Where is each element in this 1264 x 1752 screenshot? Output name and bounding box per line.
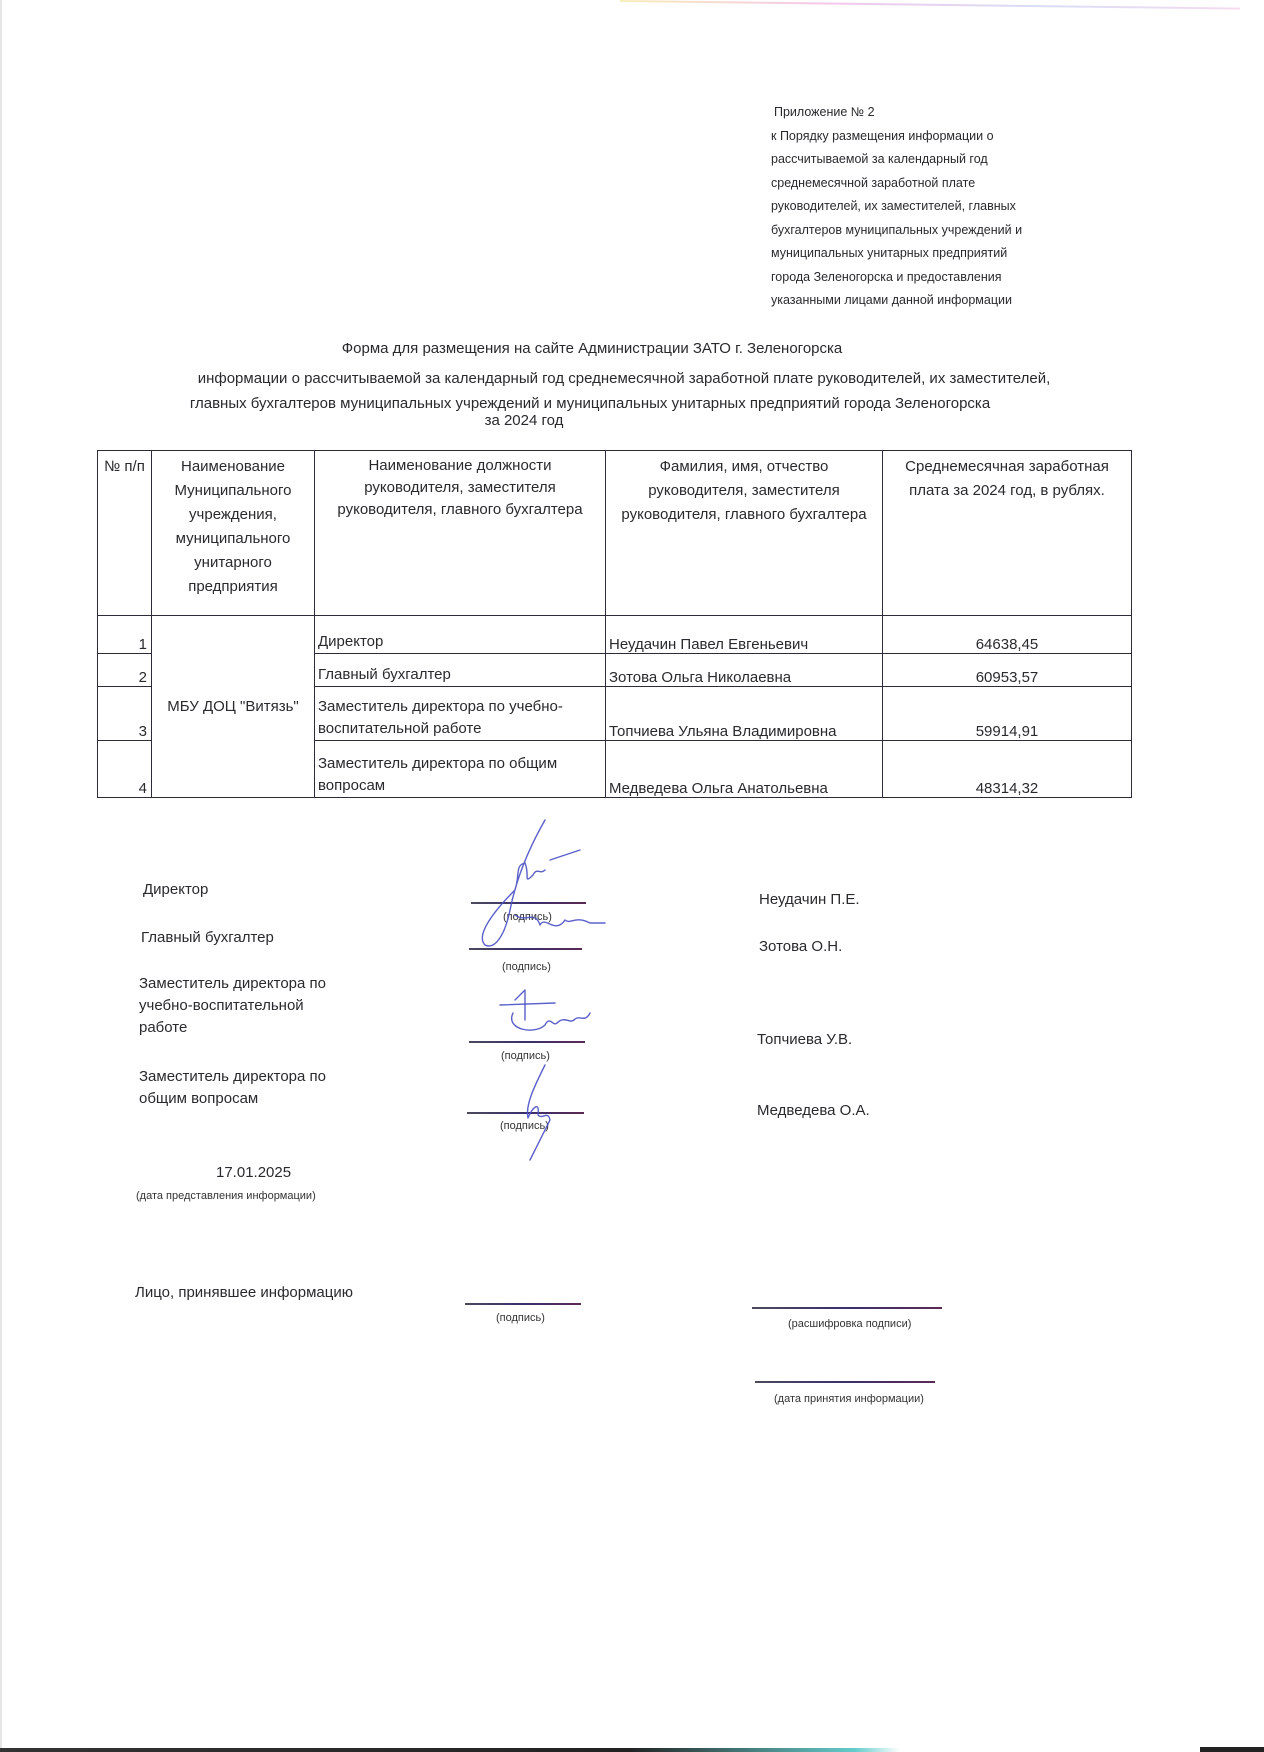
appendix-line: среднемесячной заработной плате (771, 172, 1022, 196)
appendix-line: муниципальных унитарных предприятий (771, 242, 1022, 266)
signature-caption: (подпись) (502, 961, 551, 973)
appendix-line: к Порядку размещения информации о (771, 125, 1022, 149)
row-num: 2 (98, 654, 152, 687)
row-salary: 48314,32 (883, 741, 1132, 798)
row-num: 4 (98, 741, 152, 798)
label-line: учебно-воспитательной (139, 995, 326, 1017)
submission-date-caption: (дата представления информации) (136, 1190, 316, 1202)
receiver-signature-line (465, 1303, 581, 1305)
signer-name-director: Неудачин П.Е. (759, 889, 860, 911)
receiver-date-caption: (дата принятия информации) (774, 1393, 924, 1405)
label-line: общим вопросам (139, 1088, 326, 1110)
signer-name-deputy-general: Медведева О.А. (757, 1100, 870, 1122)
appendix-line: рассчитываемой за календарный год (771, 148, 1022, 172)
signer-label-director: Директор (143, 879, 208, 901)
row-position: Заместитель директора по общим вопросам (315, 741, 606, 798)
receiver-decoding-caption: (расшифровка подписи) (788, 1318, 911, 1330)
handwritten-signature-icon (495, 985, 605, 1045)
row-salary: 60953,57 (883, 654, 1132, 687)
table-header-row: № п/п Наименование Муниципального учрежд… (98, 451, 1132, 616)
form-subtitle-line: главных бухгалтеров муниципальных учрежд… (0, 395, 1222, 412)
row-num: 3 (98, 687, 152, 741)
header-position: Наименование должности руководителя, зам… (315, 451, 606, 616)
row-position: Заместитель директора по учебно-воспитат… (315, 687, 606, 741)
organization-name: МБУ ДОЦ "Витязь" (152, 616, 315, 798)
row-fio: Медведева Ольга Анатольевна (606, 741, 883, 798)
row-salary: 59914,91 (883, 687, 1132, 741)
handwritten-signature-icon (500, 1060, 580, 1165)
scan-artifact-top (620, 0, 1240, 10)
row-fio: Зотова Ольга Николаевна (606, 654, 883, 687)
row-fio: Топчиева Ульяна Владимировна (606, 687, 883, 741)
form-subtitle-line: информации о рассчитываемой за календарн… (0, 370, 1256, 387)
signer-label-deputy-general: Заместитель директора по общим вопросам (139, 1066, 326, 1110)
row-num: 1 (98, 616, 152, 654)
appendix-line: города Зеленогорска и предоставления (771, 266, 1022, 290)
appendix-heading: Приложение № 2 (771, 101, 1022, 125)
header-organization: Наименование Муниципального учреждения, … (152, 451, 315, 616)
row-salary: 64638,45 (883, 616, 1132, 654)
appendix-line: указанными лицами данной информации (771, 289, 1022, 313)
row-position: Главный бухгалтер (315, 654, 606, 687)
receiver-decoding-line (752, 1307, 942, 1309)
header-salary: Среднемесячная заработная плата за 2024 … (883, 451, 1132, 616)
receiver-signature-caption: (подпись) (496, 1312, 545, 1324)
signer-label-deputy-education: Заместитель директора по учебно-воспитат… (139, 973, 326, 1039)
label-line: работе (139, 1017, 326, 1039)
scan-artifact-bottom-right (1200, 1747, 1264, 1752)
signer-name-chief-accountant: Зотова О.Н. (759, 936, 842, 958)
row-fio: Неудачин Павел Евгеньевич (606, 616, 883, 654)
scan-edge-left (0, 0, 2, 1752)
header-num: № п/п (98, 451, 152, 616)
row-position: Директор (315, 616, 606, 654)
label-line: Заместитель директора по (139, 1066, 326, 1088)
receiver-date-line (755, 1381, 935, 1383)
submission-date: 17.01.2025 (216, 1162, 291, 1184)
table-row: 1 МБУ ДОЦ "Витязь" Директор Неудачин Пав… (98, 616, 1132, 654)
header-fio: Фамилия, имя, отчество руководителя, зам… (606, 451, 883, 616)
salary-table: № п/п Наименование Муниципального учрежд… (97, 450, 1132, 798)
form-title: Форма для размещения на сайте Администра… (0, 340, 1224, 357)
appendix-line: бухгалтеров муниципальных учреждений и (771, 219, 1022, 243)
label-line: Заместитель директора по (139, 973, 326, 995)
handwritten-signature-icon (455, 815, 615, 955)
scan-artifact-bottom (0, 1748, 900, 1752)
appendix-block: Приложение № 2 к Порядку размещения инфо… (771, 101, 1022, 313)
signer-label-chief-accountant: Главный бухгалтер (141, 927, 274, 949)
receiver-label: Лицо, принявшее информацию (135, 1282, 353, 1304)
signer-name-deputy-education: Топчиева У.В. (757, 1029, 852, 1051)
appendix-line: руководителей, их заместителей, главных (771, 195, 1022, 219)
form-year: за 2024 год (0, 412, 1156, 429)
